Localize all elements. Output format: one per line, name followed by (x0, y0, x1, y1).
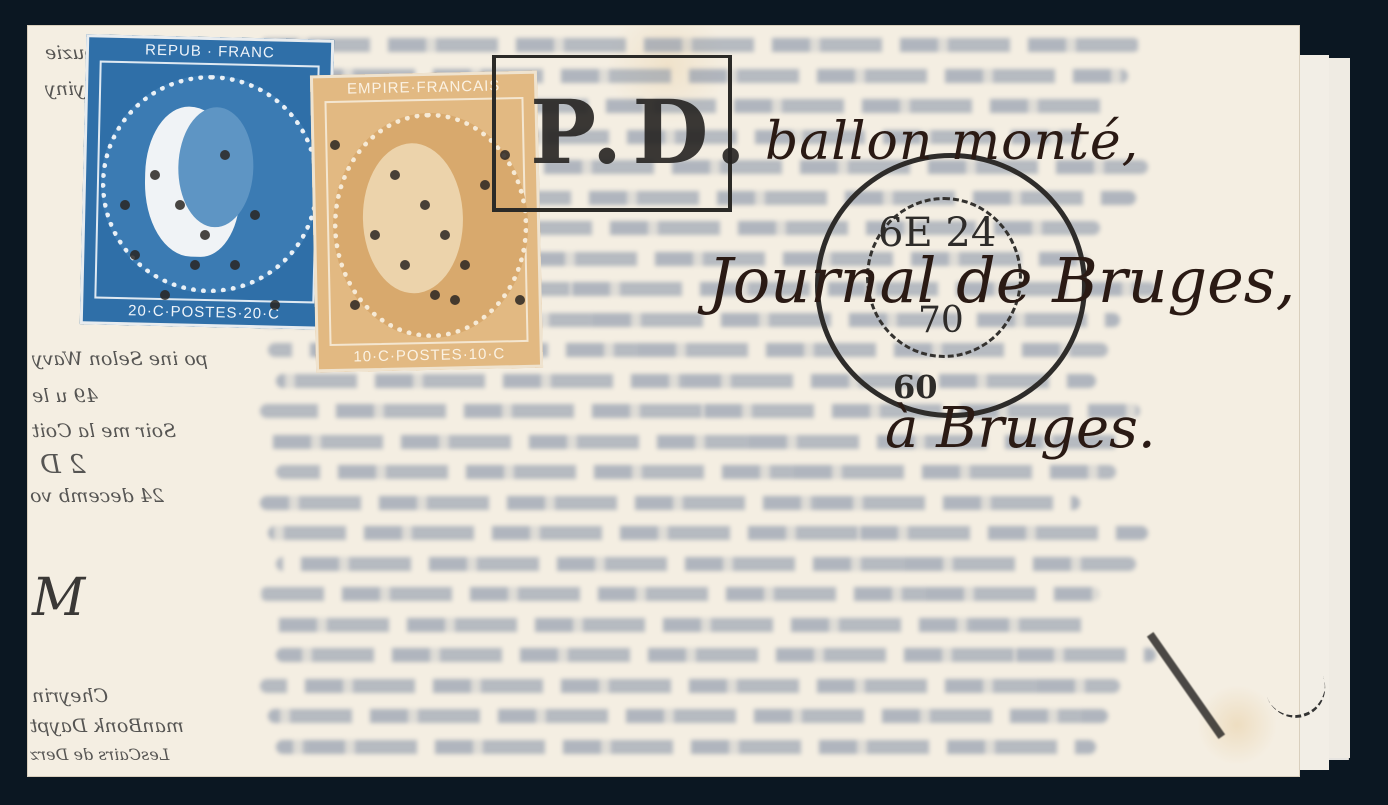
cancel-dot (270, 300, 280, 310)
address-line-destination: à Bruges. (885, 396, 1156, 461)
margin-line: 2 D (40, 450, 86, 480)
cancel-dot (175, 200, 185, 210)
address-line-ballon-monte: ballon monté, (765, 112, 1139, 172)
cancel-dot (430, 290, 440, 300)
stamp-top-text: REPUB · FRANC (86, 40, 334, 63)
stamp-bottom-text: 20·C·POSTES·20·C (80, 301, 328, 324)
margin-line: po ine Selon Wavy (32, 348, 208, 370)
cancel-dot (200, 230, 210, 240)
cancel-dot (230, 260, 240, 270)
margin-line: 24 decemb vo (30, 485, 164, 507)
margin-line: Cheyrin (32, 685, 108, 707)
margin-line: manBonk Daypt (30, 715, 184, 737)
margin-line: LesCairs de Derz (30, 745, 169, 764)
cancel-dot (450, 295, 460, 305)
cancel-dot (400, 260, 410, 270)
cancel-dot (150, 170, 160, 180)
cancel-dot (250, 210, 260, 220)
cancel-dot (420, 200, 430, 210)
stamp-bottom-text: 10·C·POSTES·10·C (316, 345, 543, 367)
cancel-dot (130, 250, 140, 260)
cancel-dot (460, 260, 470, 270)
cancel-dot (330, 140, 340, 150)
margin-line: 49 u le (32, 385, 98, 407)
stamp-ceres-20c: REPUB · FRANC 20·C·POSTES·20·C (80, 34, 335, 330)
cancel-dot (390, 170, 400, 180)
pd-mark-text: P.D. (530, 80, 756, 184)
margin-monogram: M (32, 568, 85, 628)
cancel-dot (370, 230, 380, 240)
margin-line: Soir me la Coit (32, 420, 176, 442)
cancel-dot (440, 230, 450, 240)
cancel-dot (350, 300, 360, 310)
cancel-dot (120, 200, 130, 210)
cancel-dot (480, 180, 490, 190)
cancel-dot (515, 295, 525, 305)
address-line-recipient: Journal de Bruges, (708, 244, 1295, 317)
cancel-dot (190, 260, 200, 270)
cancel-dot (160, 290, 170, 300)
cancel-dot (220, 150, 230, 160)
